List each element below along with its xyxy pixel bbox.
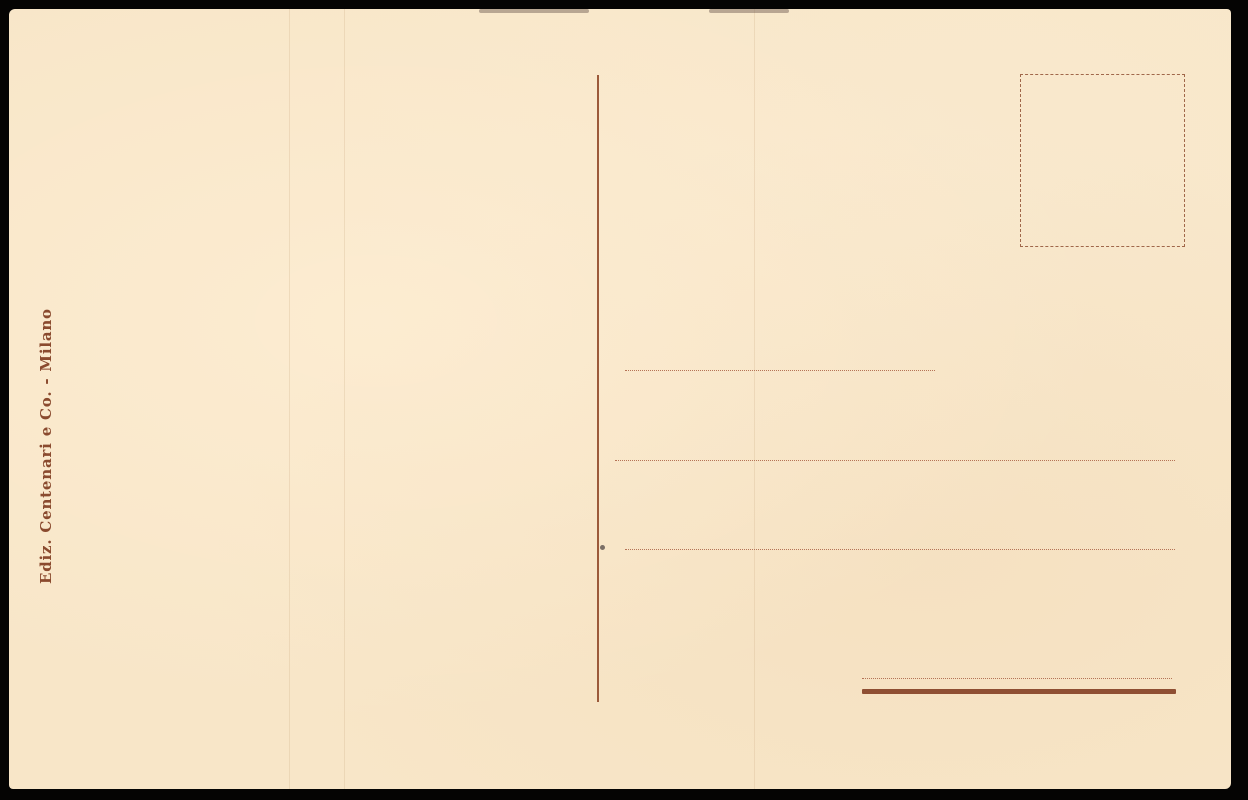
stamp-placeholder-box [1020,74,1185,247]
address-line-3 [625,549,1175,550]
ink-speck [600,545,605,550]
postcard-back: Ediz. Centenari e Co. - Milano [9,9,1231,789]
address-line-2 [615,460,1175,461]
address-line-4 [862,678,1172,679]
handwriting-fragment [479,9,589,13]
address-underline-bar [862,689,1176,694]
handwriting-fragment [709,9,789,13]
publisher-imprint: Ediz. Centenari e Co. - Milano [37,308,55,584]
paper-crease [754,9,755,789]
paper-crease [344,9,345,789]
paper-crease [289,9,290,789]
address-line-1 [625,370,935,371]
message-address-divider [597,75,599,702]
